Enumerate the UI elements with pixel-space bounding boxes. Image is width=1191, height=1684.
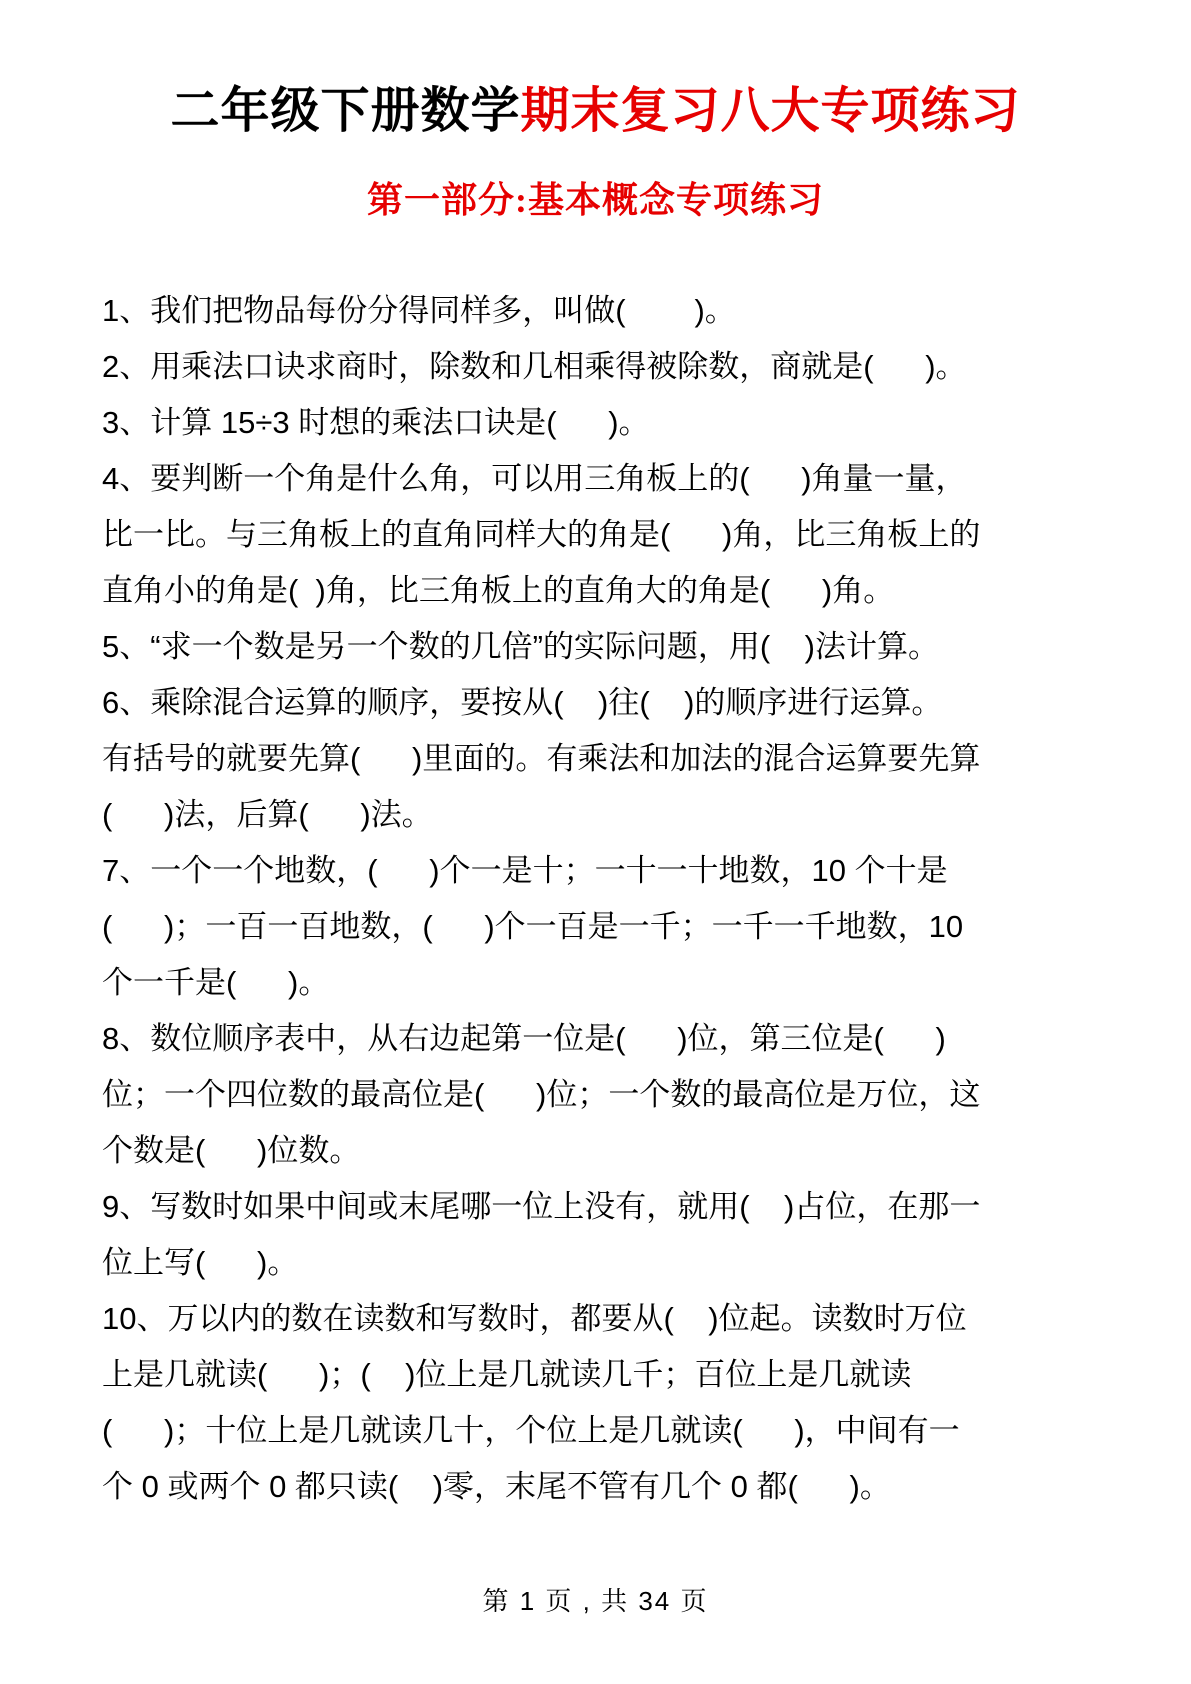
- question-line-7-cont-1: ( )；一百一百地数，( )个一百是一千；一千一千地数，10: [102, 899, 1095, 955]
- question-line-9: 9、写数时如果中间或末尾哪一位上没有，就用( )占位，在那一: [102, 1179, 1095, 1235]
- question-line-6-cont-2: ( )法，后算( )法。: [102, 787, 1095, 843]
- page-title-red-part: 期末复习八大专项练习: [521, 83, 1021, 138]
- question-line-5: 5、“求一个数是另一个数的几倍”的实际问题，用( )法计算。: [102, 619, 1095, 675]
- question-line-8-cont-2: 个数是( )位数。: [102, 1123, 1095, 1179]
- question-line-8-cont-1: 位；一个四位数的最高位是( )位；一个数的最高位是万位，这: [102, 1067, 1095, 1123]
- question-list: 1、我们把物品每份分得同样多，叫做( )。 2、用乘法口诀求商时，除数和几相乘得…: [0, 253, 1191, 1515]
- page-title: 二年级下册数学期末复习八大专项练习: [0, 33, 1191, 139]
- question-line-2: 2、用乘法口诀求商时，除数和几相乘得被除数，商就是( )。: [102, 339, 1095, 395]
- question-line-9-cont-1: 位上写( )。: [102, 1235, 1095, 1291]
- page-title-black-part: 二年级下册数学: [170, 83, 520, 138]
- question-line-8: 8、数位顺序表中，从右边起第一位是( )位，第三位是( ): [102, 1011, 1095, 1067]
- question-line-1: 1、我们把物品每份分得同样多，叫做( )。: [102, 283, 1095, 339]
- question-line-4: 4、要判断一个角是什么角，可以用三角板上的( )角量一量，: [102, 451, 1095, 507]
- question-line-4-cont-2: 直角小的角是( )角，比三角板上的直角大的角是( )角。: [102, 563, 1095, 619]
- question-line-3: 3、计算 15÷3 时想的乘法口诀是( )。: [102, 395, 1095, 451]
- question-line-10-cont-1: 上是几就读( )；( )位上是几就读几千；百位上是几就读: [102, 1347, 1095, 1403]
- page-number-footer: 第 1 页 , 共 34 页: [0, 1581, 1191, 1618]
- question-line-10-cont-3: 个 0 或两个 0 都只读( )零，末尾不管有几个 0 都( )。: [102, 1459, 1095, 1515]
- question-line-6-cont-1: 有括号的就要先算( )里面的。有乘法和加法的混合运算要先算: [102, 731, 1095, 787]
- question-line-7-cont-2: 个一千是( )。: [102, 955, 1095, 1011]
- question-line-4-cont-1: 比一比。与三角板上的直角同样大的角是( )角，比三角板上的: [102, 507, 1095, 563]
- question-line-6: 6、乘除混合运算的顺序，要按从( )往( )的顺序进行运算。: [102, 675, 1095, 731]
- section-subtitle: 第一部分:基本概念专项练习: [0, 172, 1191, 223]
- question-line-10: 10、万以内的数在读数和写数时，都要从( )位起。读数时万位: [102, 1291, 1095, 1347]
- question-line-10-cont-2: ( )；十位上是几就读几十，个位上是几就读( )，中间有一: [102, 1403, 1095, 1459]
- worksheet-page: 二年级下册数学期末复习八大专项练习 第一部分:基本概念专项练习 1、我们把物品每…: [0, 0, 1191, 1684]
- question-line-7: 7、一个一个地数，( )个一是十；一十一十地数，10 个十是: [102, 843, 1095, 899]
